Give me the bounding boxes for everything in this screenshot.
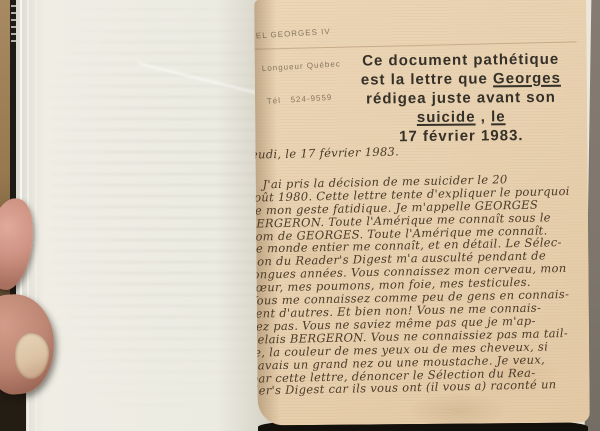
typed-caption: Ce document pathétique est la lettre que…: [311, 49, 590, 147]
stamp-line-1: EL GEORGES IV: [256, 21, 406, 41]
gutter-shadow: [254, 0, 280, 425]
caption-line-2: est la lettre que Georges: [311, 68, 590, 90]
caption-line-4: suicide , le: [311, 106, 590, 128]
handwritten-letter: Jeudi, le 17 février 1983. J'ai pris la …: [254, 141, 590, 398]
caption-georges-underlined: Georges: [493, 70, 561, 88]
blank-verso-page: [16, 0, 280, 431]
caption-line-1: Ce document pathétique: [311, 49, 590, 71]
caption-line-2-text: est la lettre que: [361, 70, 493, 88]
caption-le-underlined: le: [491, 108, 506, 125]
caption-line-4-comma: ,: [475, 108, 491, 125]
photo-open-book: EL GEORGES IV Longueur Québec Tél 524-95…: [0, 0, 600, 431]
fingernail: [13, 332, 50, 380]
letter-page: EL GEORGES IV Longueur Québec Tél 524-95…: [254, 0, 590, 425]
caption-suicide-underlined: suicide: [417, 109, 476, 127]
caption-line-3: rédigea juste avant son: [311, 87, 590, 109]
